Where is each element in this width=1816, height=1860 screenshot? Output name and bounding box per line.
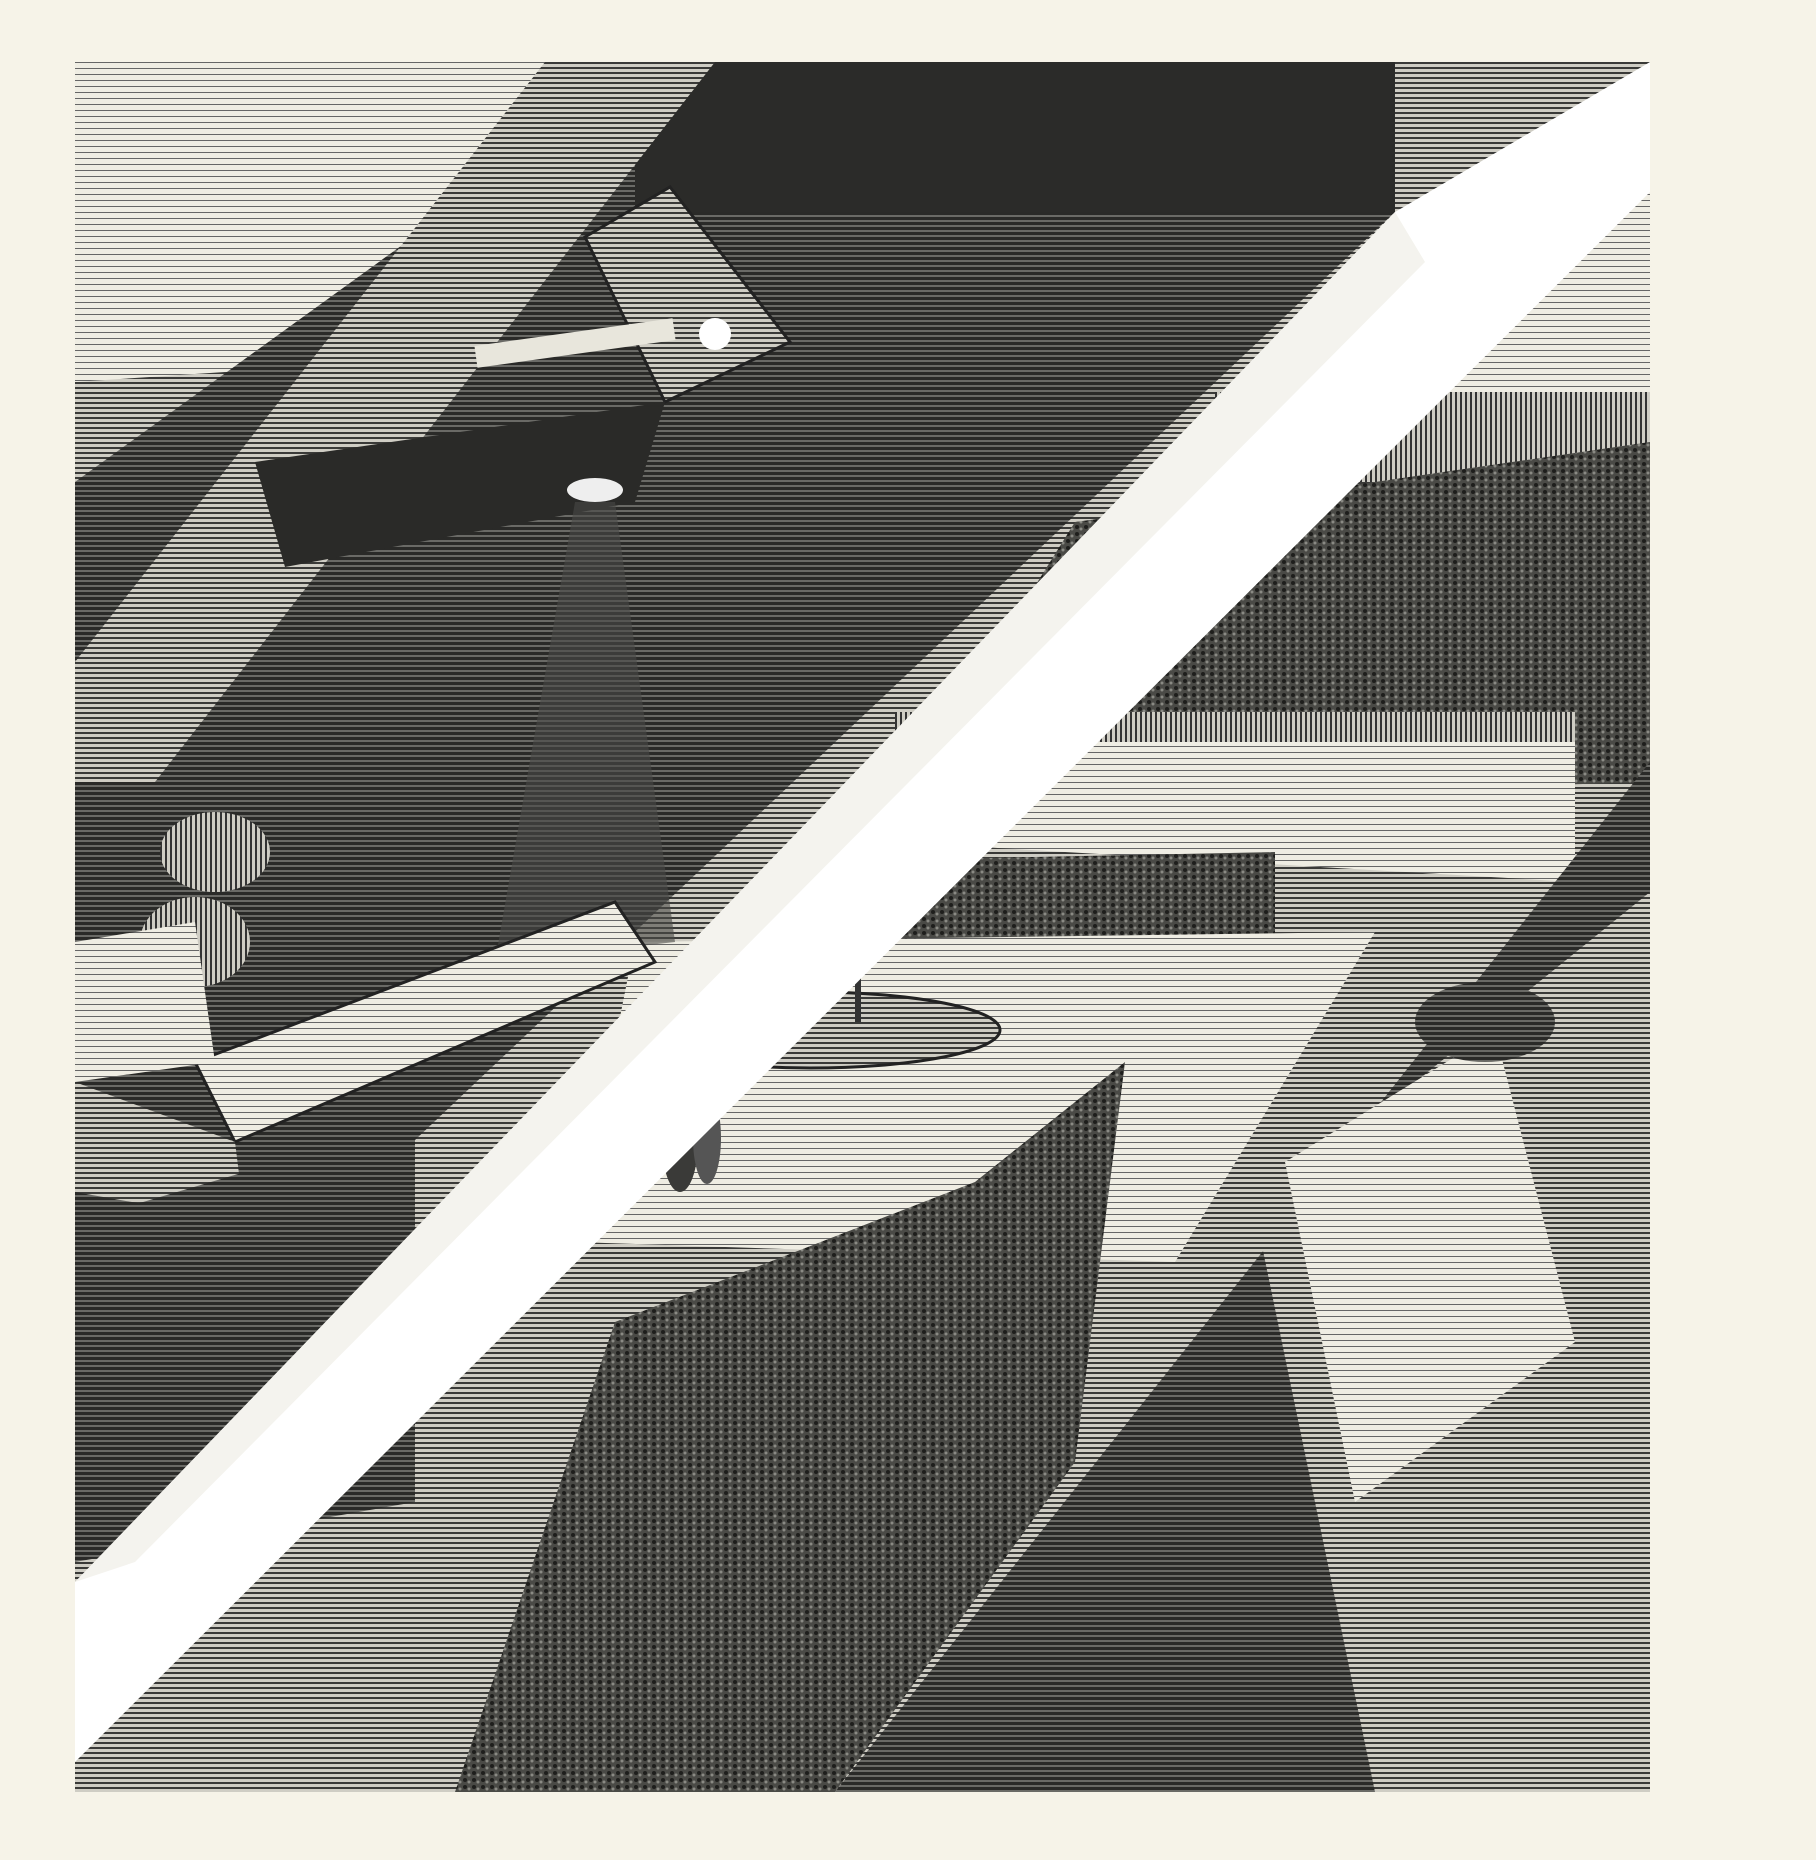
engraving-scene: [75, 62, 1650, 1792]
engraving-frame: [75, 62, 1650, 1792]
